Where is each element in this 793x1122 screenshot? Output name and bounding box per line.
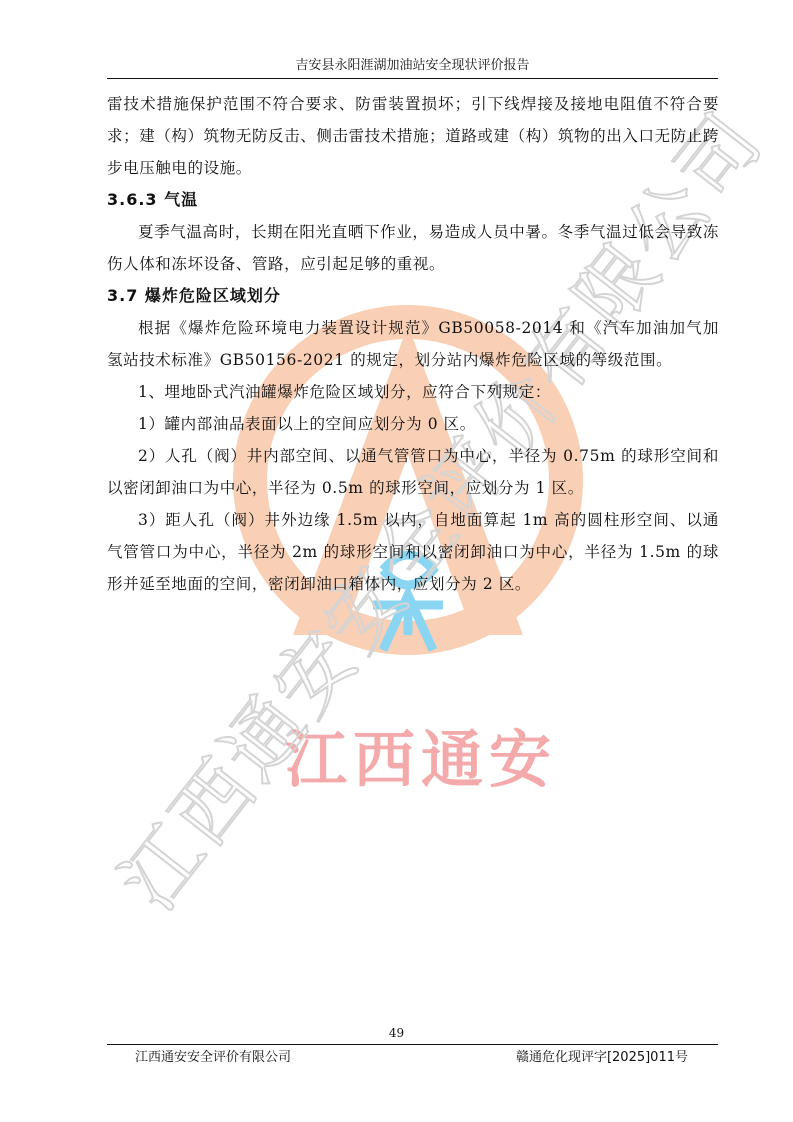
page-footer: 江西通安安全评价有限公司 赣通危化现评字[2025]011号 [107,1044,718,1045]
page-number: 49 [0,1026,793,1040]
page-header: 吉安县永阳涯湖加油站安全现状评价报告 [107,56,718,79]
sub-item-1: 1）罐内部油品表面以上的空间应划分为 0 区。 [107,408,719,440]
footer-company: 江西通安安全评价有限公司 [135,1047,291,1069]
list-item-1: 1、埋地卧式汽油罐爆炸危险区域划分，应符合下列规定： [107,376,719,408]
paragraph-temperature: 夏季气温高时，长期在阳光直晒下作业，易造成人员中暑。冬季气温过低会导致冻伤人体和… [107,216,719,280]
watermark-company-text: 江西通安 [285,725,557,795]
document-body: 雷技术措施保护范围不符合要求、防雷装置损坏；引下线焊接及接地电阻值不符合要求；建… [107,88,719,600]
paragraph-intro: 根据《爆炸危险环境电力装置设计规范》GB50058-2014 和《汽车加油加气加… [107,312,719,376]
sub-item-3: 3）距人孔（阀）井外边缘 1.5m 以内，自地面算起 1m 高的圆柱形空间、以通… [107,504,719,600]
report-title: 吉安县永阳涯湖加油站安全现状评价报告 [295,58,529,73]
footer-doc-number: 赣通危化现评字[2025]011号 [516,1047,688,1069]
sub-item-2: 2）人孔（阀）井内部空间、以通气管管口为中心，半径为 0.75m 的球形空间和以… [107,440,719,504]
heading-3-6-3: 3.6.3 气温 [107,184,719,216]
heading-3-7: 3.7 爆炸危险区域划分 [107,280,719,312]
paragraph-continuation: 雷技术措施保护范围不符合要求、防雷装置损坏；引下线焊接及接地电阻值不符合要求；建… [107,88,719,184]
